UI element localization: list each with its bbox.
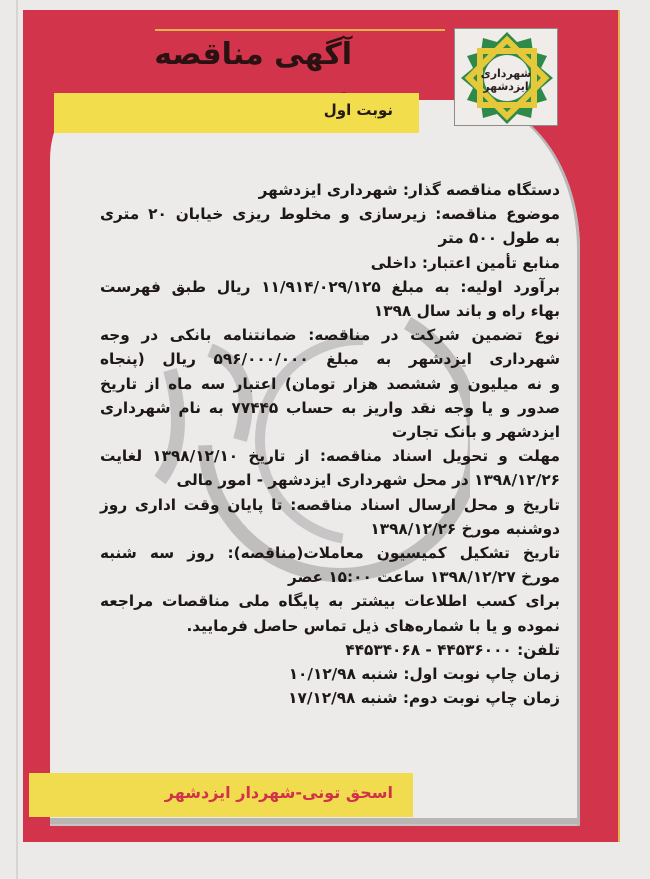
body-line-guarantee-3: و نه میلیون و ششصد هزار تومان) اعتبار سه… (100, 372, 560, 396)
body-line-print-second: زمان چاپ نوبت دوم: شنبه ۱۷/۱۲/۹۸ (100, 686, 560, 710)
body-line-organizer: دستگاه مناقصه گذار: شهرداری ایزدشهر (100, 178, 560, 202)
body-line-deadline: مهلت و تحویل اسناد مناقصه: از تاریخ ۱۳۹۸… (100, 444, 560, 468)
body-line-deadline-cont: ۱۳۹۸/۱۲/۲۶ در محل شهرداری ایزدشهر - امور… (100, 468, 560, 492)
body-line-funding: منابع تأمین اعتبار: داخلی (100, 251, 560, 275)
signature-label: اسحق تونی-شهردار ایزدشهر (165, 783, 393, 802)
body-line-info: برای کسب اطلاعات بیشتر به پایگاه ملی منا… (100, 589, 560, 613)
paper-edge (16, 0, 18, 879)
round-label: نوبت اول (324, 101, 393, 119)
body-line-info-cont: نموده و یا با شماره‌های ذیل تماس حاصل فر… (100, 614, 560, 638)
body-line-guarantee-2: شهرداری ایزدشهر به مبلغ ۵۹۶/۰۰۰/۰۰۰ ریال… (100, 347, 560, 371)
body-line-guarantee-5: ایزدشهر و بانک تجارت (100, 420, 560, 444)
logo-text: شهرداری ایزدشهر (473, 67, 539, 93)
announcement-body: دستگاه مناقصه گذار: شهرداری ایزدشهر موضو… (100, 178, 560, 710)
body-line-estimate: برآورد اولیه: به مبلغ ۱۱/۹۱۴/۰۲۹/۱۲۵ ریا… (100, 275, 560, 299)
round-banner: نوبت اول (54, 93, 419, 133)
body-line-submission: تاریخ و محل ارسال اسناد مناقصه: تا پایان… (100, 493, 560, 517)
municipality-logo: شهرداری ایزدشهر (454, 28, 558, 126)
body-line-estimate-cont: بهاء راه و باند سال ۱۳۹۸ (100, 299, 560, 323)
body-line-subject-cont: به طول ۵۰۰ متر (100, 226, 560, 250)
body-line-phone: تلفن: ۴۴۵۳۶۰۰۰ - ۴۴۵۳۴۰۶۸ (100, 638, 560, 662)
body-line-guarantee: نوع تضمین شرکت در مناقصه: ضمانتنامه بانک… (100, 323, 560, 347)
body-line-print-first: زمان چاپ نوبت اول: شنبه ۱۰/۱۲/۹۸ (100, 662, 560, 686)
body-line-commission: تاریخ تشکیل کمیسیون معاملات(مناقصه): روز… (100, 541, 560, 565)
body-line-commission-cont: مورخ ۱۳۹۸/۱۲/۲۷ ساعت ۱۵:۰۰ عصر (100, 565, 560, 589)
signature-banner: اسحق تونی-شهردار ایزدشهر (29, 773, 413, 817)
panel-shadow (50, 818, 580, 824)
body-line-subject: موضوع مناقصه: زیرسازی و مخلوط ریزی خیابا… (100, 202, 560, 226)
title-rule (155, 29, 445, 31)
body-line-submission-cont: دوشنبه مورخ ۱۳۹۸/۱۲/۲۶ (100, 517, 560, 541)
body-line-guarantee-4: صدور و یا وجه نقد واریز به حساب ۷۷۴۴۵ به… (100, 396, 560, 420)
